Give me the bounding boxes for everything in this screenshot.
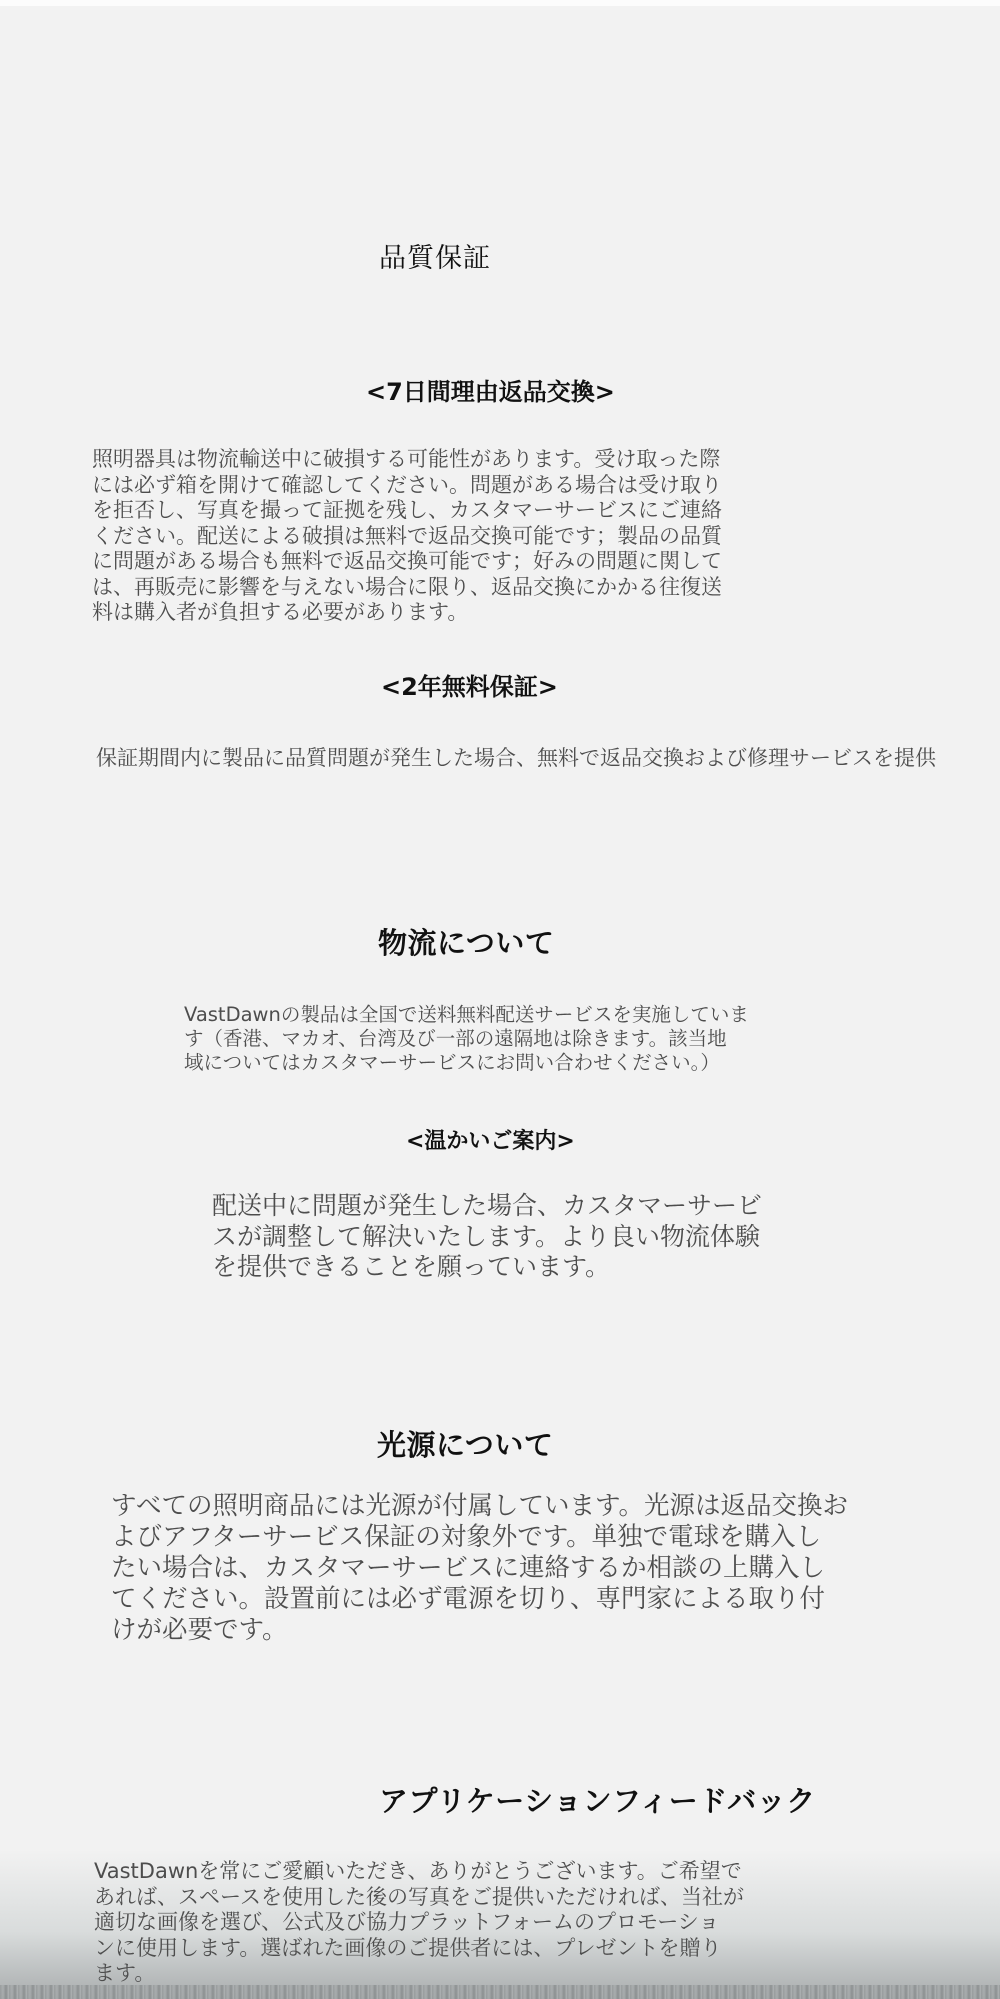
- logistics-line: す（香港、マカオ、台湾及び一部の遠隔地は除きます。該当地: [184, 1027, 749, 1051]
- top-strip: [0, 0, 1000, 6]
- feedback-line: あれば、スペースを使用した後の写真をご提供いただければ、当社が: [94, 1885, 744, 1911]
- light-source-line: たい場合は、カスタマーサービスに連絡するか相談の上購入し: [111, 1553, 848, 1584]
- return-policy-line: 照明器具は物流輸送中に破損する可能性があります。受け取った際: [92, 447, 722, 473]
- return-policy-line: は、再販売に影響を与えない場合に限り、返品交換にかかる往復送: [92, 575, 722, 601]
- warranty-heading: <2年無料保証>: [381, 667, 558, 702]
- return-policy-line: に問題がある場合も無料で返品交換可能です；好みの問題に関して: [92, 549, 722, 575]
- product-info-page: 品質保証 <7日間理由返品交換> 照明器具は物流輸送中に破損する可能性があります…: [0, 0, 1000, 1999]
- feedback-title: アプリケーションフィードバック: [379, 1779, 816, 1820]
- feedback-line: 適切な画像を選び、公式及び協力プラットフォームのプロモーショ: [94, 1910, 744, 1936]
- return-policy-line: には必ず箱を開けて確認してください。問題がある場合は受け取り: [92, 473, 722, 499]
- return-policy-line: ください。配送による破損は無料で返品交換可能です；製品の品質: [92, 524, 722, 550]
- return-policy-heading: <7日間理由返品交換>: [366, 372, 615, 407]
- logistics-line: 域についてはカスタマーサービスにお問い合わせください。）: [184, 1051, 749, 1075]
- light-source-line: てください。設置前には必ず電源を切り、専門家による取り付: [111, 1584, 848, 1615]
- return-policy-line: 料は購入者が負担する必要があります。: [92, 600, 722, 626]
- light-source-title: 光源について: [377, 1423, 553, 1464]
- bottom-background-texture: [0, 1985, 1000, 1999]
- light-source-line: けが必要です。: [111, 1615, 848, 1646]
- return-policy-line: を拒否し、写真を撮って証拠を残し、カスタマーサービスにご連絡: [92, 498, 722, 524]
- notice-heading: <温かいご案内>: [406, 1124, 575, 1155]
- light-source-line: よびアフターサービス保証の対象外です。単独で電球を購入し: [111, 1522, 848, 1553]
- notice-line: 配送中に問題が発生した場合、カスタマーサービ: [212, 1191, 762, 1222]
- logistics-line: VastDawnの製品は全国で送料無料配送サービスを実施していま: [184, 1003, 749, 1027]
- light-source-line: すべての照明商品には光源が付属しています。光源は返品交換お: [111, 1491, 848, 1522]
- feedback-text: VastDawnを常にご愛顧いただき、ありがとうございます。ご希望で あれば、ス…: [94, 1859, 744, 1987]
- quality-title: 品質保証: [379, 236, 491, 275]
- feedback-line: ます。: [94, 1961, 744, 1987]
- logistics-text: VastDawnの製品は全国で送料無料配送サービスを実施していま す（香港、マカ…: [184, 1003, 749, 1075]
- notice-text: 配送中に問題が発生した場合、カスタマーサービ スが調整して解決いたします。より良…: [212, 1191, 762, 1283]
- light-source-text: すべての照明商品には光源が付属しています。光源は返品交換お よびアフターサービス…: [111, 1491, 848, 1646]
- return-policy-text: 照明器具は物流輸送中に破損する可能性があります。受け取った際 には必ず箱を開けて…: [92, 447, 722, 626]
- feedback-line: VastDawnを常にご愛顧いただき、ありがとうございます。ご希望で: [94, 1859, 744, 1885]
- feedback-line: ンに使用します。選ばれた画像のご提供者には、プレゼントを贈り: [94, 1936, 744, 1962]
- notice-line: を提供できることを願っています。: [212, 1252, 762, 1283]
- logistics-title: 物流について: [378, 921, 554, 962]
- notice-line: スが調整して解決いたします。より良い物流体験: [212, 1222, 762, 1253]
- warranty-text: 保証期間内に製品に品質問題が発生した場合、無料で返品交換および修理サービスを提供: [96, 742, 936, 772]
